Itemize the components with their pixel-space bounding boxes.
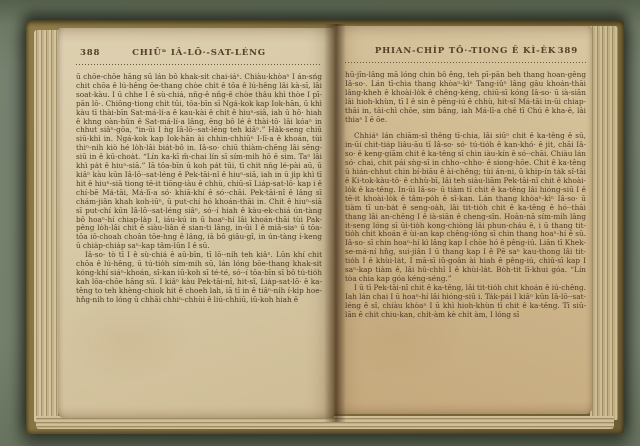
- page-edges-left: [34, 30, 58, 422]
- right-page-number: 389: [558, 46, 578, 56]
- right-page-text: hū-jîn-lâng mā lóng chin bô êng, teh pī-…: [345, 71, 586, 319]
- paragraph: Chhiáⁿ lán chiām-sî thêng tī-chia, lâi s…: [345, 132, 586, 283]
- paragraph: hū-jîn-lâng mā lóng chin bô êng, teh pī-…: [345, 71, 586, 124]
- right-page-header: PHIAN-CHI̍P TÔ·-TIONG Ê KÌ-E̍K 389: [345, 46, 586, 59]
- paragraph: ū chōe-chōe hāng sū lán bô khak-si̍t cha…: [76, 73, 322, 251]
- page-edges-right: [590, 26, 618, 420]
- photo-background: 388 CHIÛⁿ IÂ-LŌ·-SAT-LÉNG ū chōe-chōe hā…: [0, 0, 640, 446]
- right-page: PHIAN-CHI̍P TÔ·-TIONG Ê KÌ-E̍K 389 hū-jî…: [334, 26, 592, 414]
- left-page-header: 388 CHIÛⁿ IÂ-LŌ·-SAT-LÉNG: [76, 48, 322, 61]
- paragraph: Iâ-so· tò tī I ê sù-chiá ê aū-bīn, tī lō…: [76, 251, 322, 304]
- right-header-rule: [345, 62, 586, 64]
- left-header-rule: [76, 64, 322, 66]
- paragraph: I ū tī Pek-tāi-nî chit ê ka-têng, lâi ti…: [345, 284, 586, 320]
- left-running-title: CHIÛⁿ IÂ-LŌ·-SAT-LÉNG: [132, 48, 266, 58]
- left-page: 388 CHIÛⁿ IÂ-LŌ·-SAT-LÉNG ū chōe-chōe hā…: [58, 28, 334, 418]
- book: 388 CHIÛⁿ IÂ-LŌ·-SAT-LÉNG ū chōe-chōe hā…: [26, 20, 624, 434]
- left-page-number: 388: [80, 48, 100, 58]
- right-running-title: PHIAN-CHI̍P TÔ·-TIONG Ê KÌ-E̍K: [375, 46, 556, 56]
- left-page-text: ū chōe-chōe hāng sū lán bô khak-si̍t cha…: [76, 73, 322, 305]
